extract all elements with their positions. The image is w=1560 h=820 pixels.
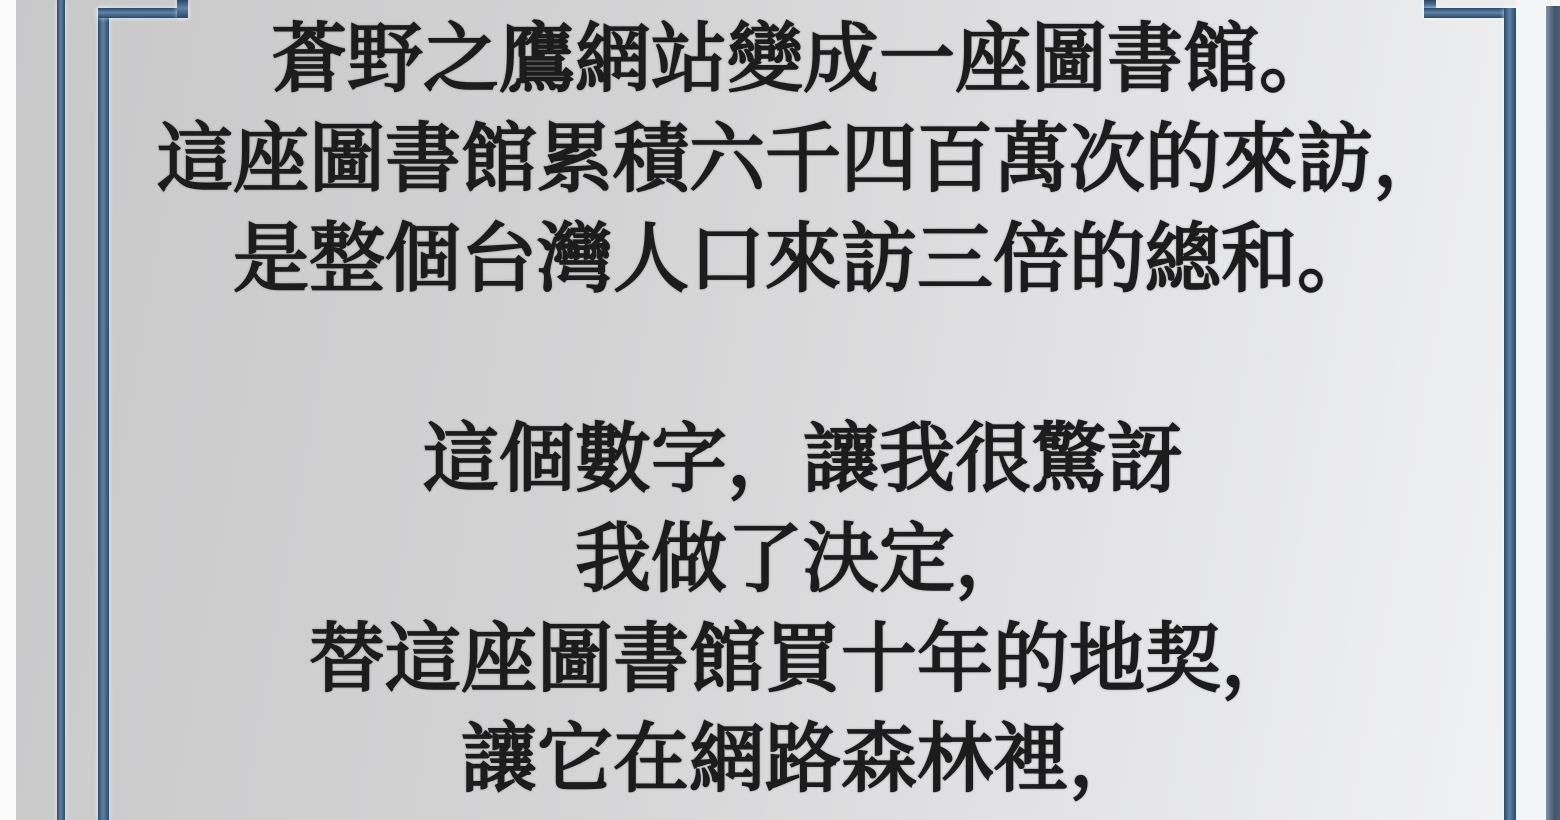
text-line-blank: [102, 310, 1504, 410]
outer-left-border-line: [57, 0, 65, 820]
slide-text-block: 蒼野之鷹網站變成一座圖書館。 這座圖書館累積六千四百萬次的來訪， 是整個台灣人口…: [102, 10, 1504, 810]
frame-right-border: [1504, 8, 1516, 820]
text-line-1: 蒼野之鷹網站變成一座圖書館。: [102, 10, 1504, 110]
text-line-7: 讓它在網路森林裡，: [102, 710, 1504, 810]
slide-canvas: 蒼野之鷹網站變成一座圖書館。 這座圖書館累積六千四百萬次的來訪， 是整個台灣人口…: [0, 0, 1560, 820]
text-line-5: 我做了決定，: [102, 510, 1504, 610]
text-line-2: 這座圖書館累積六千四百萬次的來訪，: [102, 110, 1504, 210]
outer-right-border-line: [1546, 6, 1560, 820]
left-white-strip: [0, 0, 16, 820]
text-line-4: 這個數字，讓我很驚訝: [102, 410, 1504, 510]
text-line-3: 是整個台灣人口來訪三倍的總和。: [102, 210, 1504, 310]
text-line-6: 替這座圖書館買十年的地契，: [102, 610, 1504, 710]
